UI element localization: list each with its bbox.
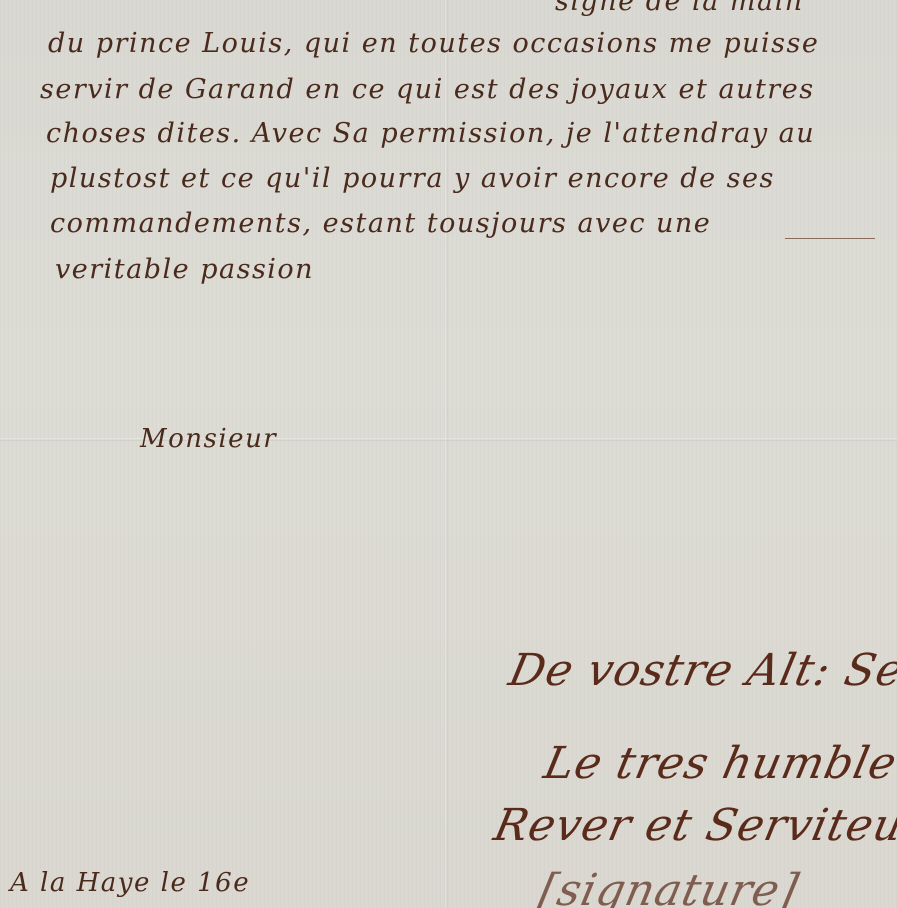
line-filler-dash: [785, 238, 875, 239]
closing-line-0: De vostre Alt: Ser:: [505, 645, 897, 696]
place-date: A la Haye le 16e: [10, 868, 250, 898]
body-line-2: servir de Garand en ce qui est des joyau…: [40, 74, 815, 105]
body-line-1: du prince Louis, qui en toutes occasions…: [48, 28, 819, 59]
body-line-3: choses dites. Avec Sa permission, je l'a…: [46, 118, 815, 149]
signature: [signature]: [535, 865, 804, 908]
body-line-6: veritable passion: [55, 254, 314, 285]
salutation: Monsieur: [140, 424, 277, 454]
body-line-5: commandements, estant tousjours avec une: [50, 208, 711, 239]
body-line-4: plustost et ce qu'il pourra y avoir enco…: [50, 163, 775, 194]
body-line-0: signé de la main: [555, 0, 804, 17]
horizontal-fold-line: [0, 438, 897, 441]
closing-line-2: Rever et Serviteur: [490, 800, 897, 851]
closing-line-1: Le tres humble: [540, 738, 897, 789]
letter-page: signé de la main du prince Louis, qui en…: [0, 0, 897, 908]
